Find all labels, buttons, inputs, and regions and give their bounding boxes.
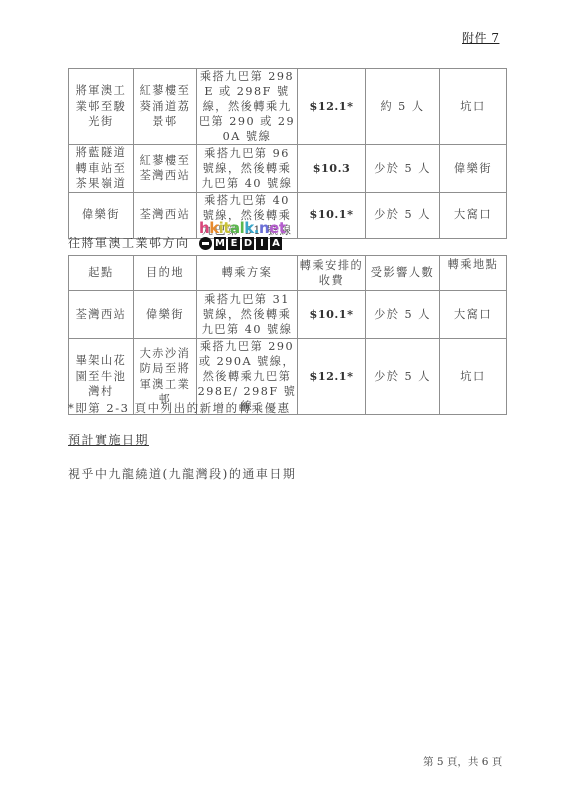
header-affected: 受影響人數	[366, 256, 440, 291]
interchange-table-tko-direction: 起點 目的地 轉乘方案 轉乘安排的收費 受影響人數 轉乘地點 荃灣西站 偉樂街 …	[68, 255, 507, 415]
scheme-cell: 乘搭九巴第 298E 或 298F 號線，然後轉乘九巴第 290 或 290A …	[197, 69, 298, 145]
affected-cell: 約 5 人	[366, 69, 440, 145]
fee-cell: $10.3	[298, 145, 366, 193]
direction-heading: 往將軍澳工業邨方向	[68, 234, 190, 251]
destination-cell: 紅蓼樓至葵涌道荔景邨	[134, 69, 197, 145]
header-scheme: 轉乘方案	[197, 256, 298, 291]
page-number: 第 5 頁，共 6 頁	[423, 754, 502, 769]
origin-cell: 偉樂街	[69, 192, 134, 238]
interchange-cell: 坑口	[440, 69, 507, 145]
header-destination: 目的地	[134, 256, 197, 291]
fee-cell: $10.1*	[298, 291, 366, 339]
media-logo-icon	[199, 237, 212, 250]
watermark-text: hkitalk.net	[199, 220, 289, 236]
destination-cell: 荃灣西站	[134, 192, 197, 238]
footnote: *即第 2-3 頁中列出的新增的轉乘優惠	[68, 400, 291, 416]
interchange-cell: 坑口	[440, 339, 507, 415]
destination-cell: 紅蓼樓至荃灣西站	[134, 145, 197, 193]
interchange-cell: 大窩口	[440, 192, 507, 238]
fee-cell: $10.1*	[298, 192, 366, 238]
table-row: 將藍隧道轉車站至茶果嶺道 紅蓼樓至荃灣西站 乘搭九巴第 96 號線，然後轉乘九巴…	[69, 145, 507, 193]
header-fee: 轉乘安排的收費	[298, 256, 366, 291]
annex-label: 附件 7	[462, 29, 499, 46]
destination-cell: 偉樂街	[134, 291, 197, 339]
interchange-cell: 偉樂街	[440, 145, 507, 193]
fee-cell: $12.1*	[298, 339, 366, 415]
scheme-cell: 乘搭九巴第 31 號線，然後轉乘九巴第 40 號線	[197, 291, 298, 339]
table-header-row: 起點 目的地 轉乘方案 轉乘安排的收費 受影響人數 轉乘地點	[69, 256, 507, 291]
section-body: 視乎中九龍繞道(九龍灣段)的通車日期	[68, 465, 296, 482]
origin-cell: 將軍澳工業邨至駿光街	[69, 69, 134, 145]
affected-cell: 少於 5 人	[366, 339, 440, 415]
affected-cell: 少於 5 人	[366, 145, 440, 193]
interchange-table-continued: 將軍澳工業邨至駿光街 紅蓼樓至葵涌道荔景邨 乘搭九巴第 298E 或 298F …	[68, 68, 507, 239]
affected-cell: 少於 5 人	[366, 291, 440, 339]
header-interchange: 轉乘地點	[440, 256, 507, 291]
origin-cell: 荃灣西站	[69, 291, 134, 339]
affected-cell: 少於 5 人	[366, 192, 440, 238]
fee-cell: $12.1*	[298, 69, 366, 145]
interchange-cell: 大窩口	[440, 291, 507, 339]
scheme-cell: 乘搭九巴第 96 號線，然後轉乘九巴第 40 號線	[197, 145, 298, 193]
watermark-logo: hkitalk.net M E D I A	[199, 220, 289, 256]
header-origin: 起點	[69, 256, 134, 291]
watermark-media: M E D I A	[199, 237, 289, 250]
table-row: 荃灣西站 偉樂街 乘搭九巴第 31 號線，然後轉乘九巴第 40 號線 $10.1…	[69, 291, 507, 339]
section-title: 預計實施日期	[68, 431, 149, 448]
table-row: 將軍澳工業邨至駿光街 紅蓼樓至葵涌道荔景邨 乘搭九巴第 298E 或 298F …	[69, 69, 507, 145]
origin-cell: 將藍隧道轉車站至茶果嶺道	[69, 145, 134, 193]
